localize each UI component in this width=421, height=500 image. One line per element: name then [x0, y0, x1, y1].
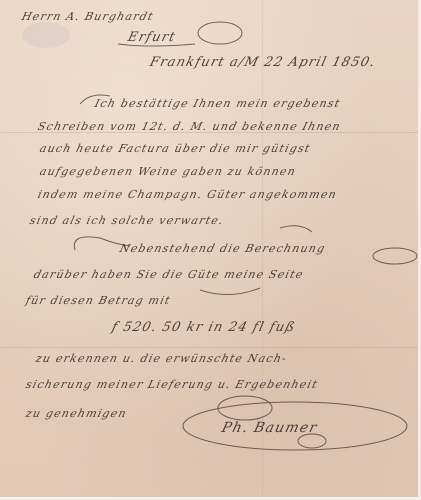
pen-flourishes: [0, 0, 421, 500]
letter-page: Herrn A. Burghardt Erfurt Frankfurt a/M …: [0, 0, 421, 500]
signature: Ph. Baumer: [220, 420, 319, 436]
